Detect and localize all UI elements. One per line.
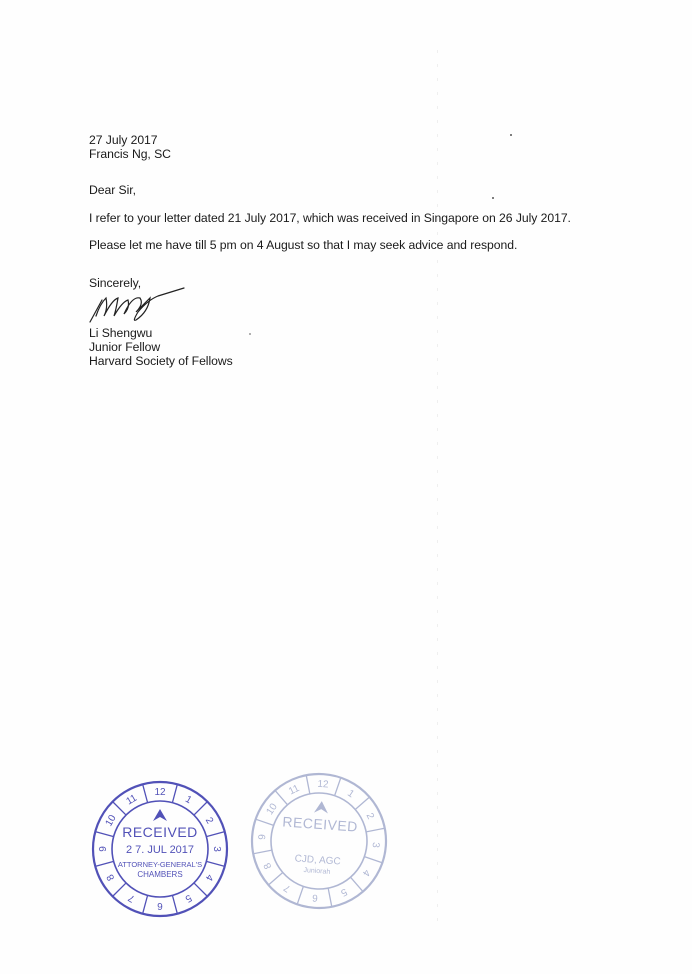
svg-text:12: 12	[154, 787, 166, 798]
svg-text:RECEIVED: RECEIVED	[282, 813, 359, 834]
svg-text:4: 4	[203, 872, 216, 883]
fold-line	[437, 50, 438, 930]
letter-page: 27 July 2017 Francis Ng, SC Dear Sir, I …	[0, 0, 692, 974]
signatory-title: Junior Fellow	[89, 340, 160, 354]
svg-text:9: 9	[257, 833, 268, 840]
svg-text:1: 1	[183, 794, 194, 807]
svg-text:11: 11	[125, 792, 140, 807]
svg-text:11: 11	[287, 783, 302, 798]
svg-text:4: 4	[359, 867, 371, 878]
svg-text:7: 7	[126, 892, 137, 905]
svg-text:2: 2	[364, 811, 377, 821]
signatory-name: Li Shengwu	[89, 326, 152, 340]
svg-text:10: 10	[264, 801, 280, 817]
recipient: Francis Ng, SC	[89, 147, 171, 161]
svg-text:CJD, AGC: CJD, AGC	[294, 853, 341, 867]
received-stamp-cjd: 123456789101112RECEIVEDCJD, AGCJuniorah	[244, 766, 393, 915]
paragraph-2: Please let me have till 5 pm on 4 August…	[89, 238, 517, 252]
scan-speck	[249, 333, 251, 335]
svg-text:CHAMBERS: CHAMBERS	[137, 870, 182, 879]
svg-text:Juniorah: Juniorah	[303, 867, 330, 876]
svg-text:5: 5	[338, 886, 348, 899]
salutation: Dear Sir,	[89, 183, 136, 197]
svg-text:5: 5	[183, 892, 194, 905]
scan-speck	[492, 197, 494, 199]
svg-text:RECEIVED: RECEIVED	[122, 824, 198, 840]
svg-text:8: 8	[105, 872, 118, 883]
svg-text:9: 9	[98, 846, 109, 852]
svg-text:12: 12	[317, 779, 329, 791]
svg-text:8: 8	[262, 860, 275, 870]
svg-text:6: 6	[157, 900, 163, 911]
svg-text:6: 6	[311, 892, 318, 903]
svg-text:3: 3	[211, 846, 222, 852]
svg-text:3: 3	[370, 842, 381, 849]
signatory-organization: Harvard Society of Fellows	[89, 354, 233, 368]
received-stamp-agc: 123456789101112RECEIVED2 7. JUL 2017ATTO…	[90, 779, 230, 919]
signature	[88, 286, 188, 326]
svg-text:2: 2	[203, 816, 216, 827]
svg-text:7: 7	[282, 881, 293, 893]
svg-text:ATTORNEY-GENERAL'S: ATTORNEY-GENERAL'S	[118, 860, 202, 869]
paragraph-1: I refer to your letter dated 21 July 201…	[89, 211, 571, 225]
svg-text:10: 10	[104, 813, 119, 829]
svg-text:1: 1	[345, 788, 356, 800]
scan-speck	[510, 134, 512, 136]
svg-text:2 7. JUL 2017: 2 7. JUL 2017	[126, 844, 194, 856]
letter-date: 27 July 2017	[89, 133, 158, 147]
